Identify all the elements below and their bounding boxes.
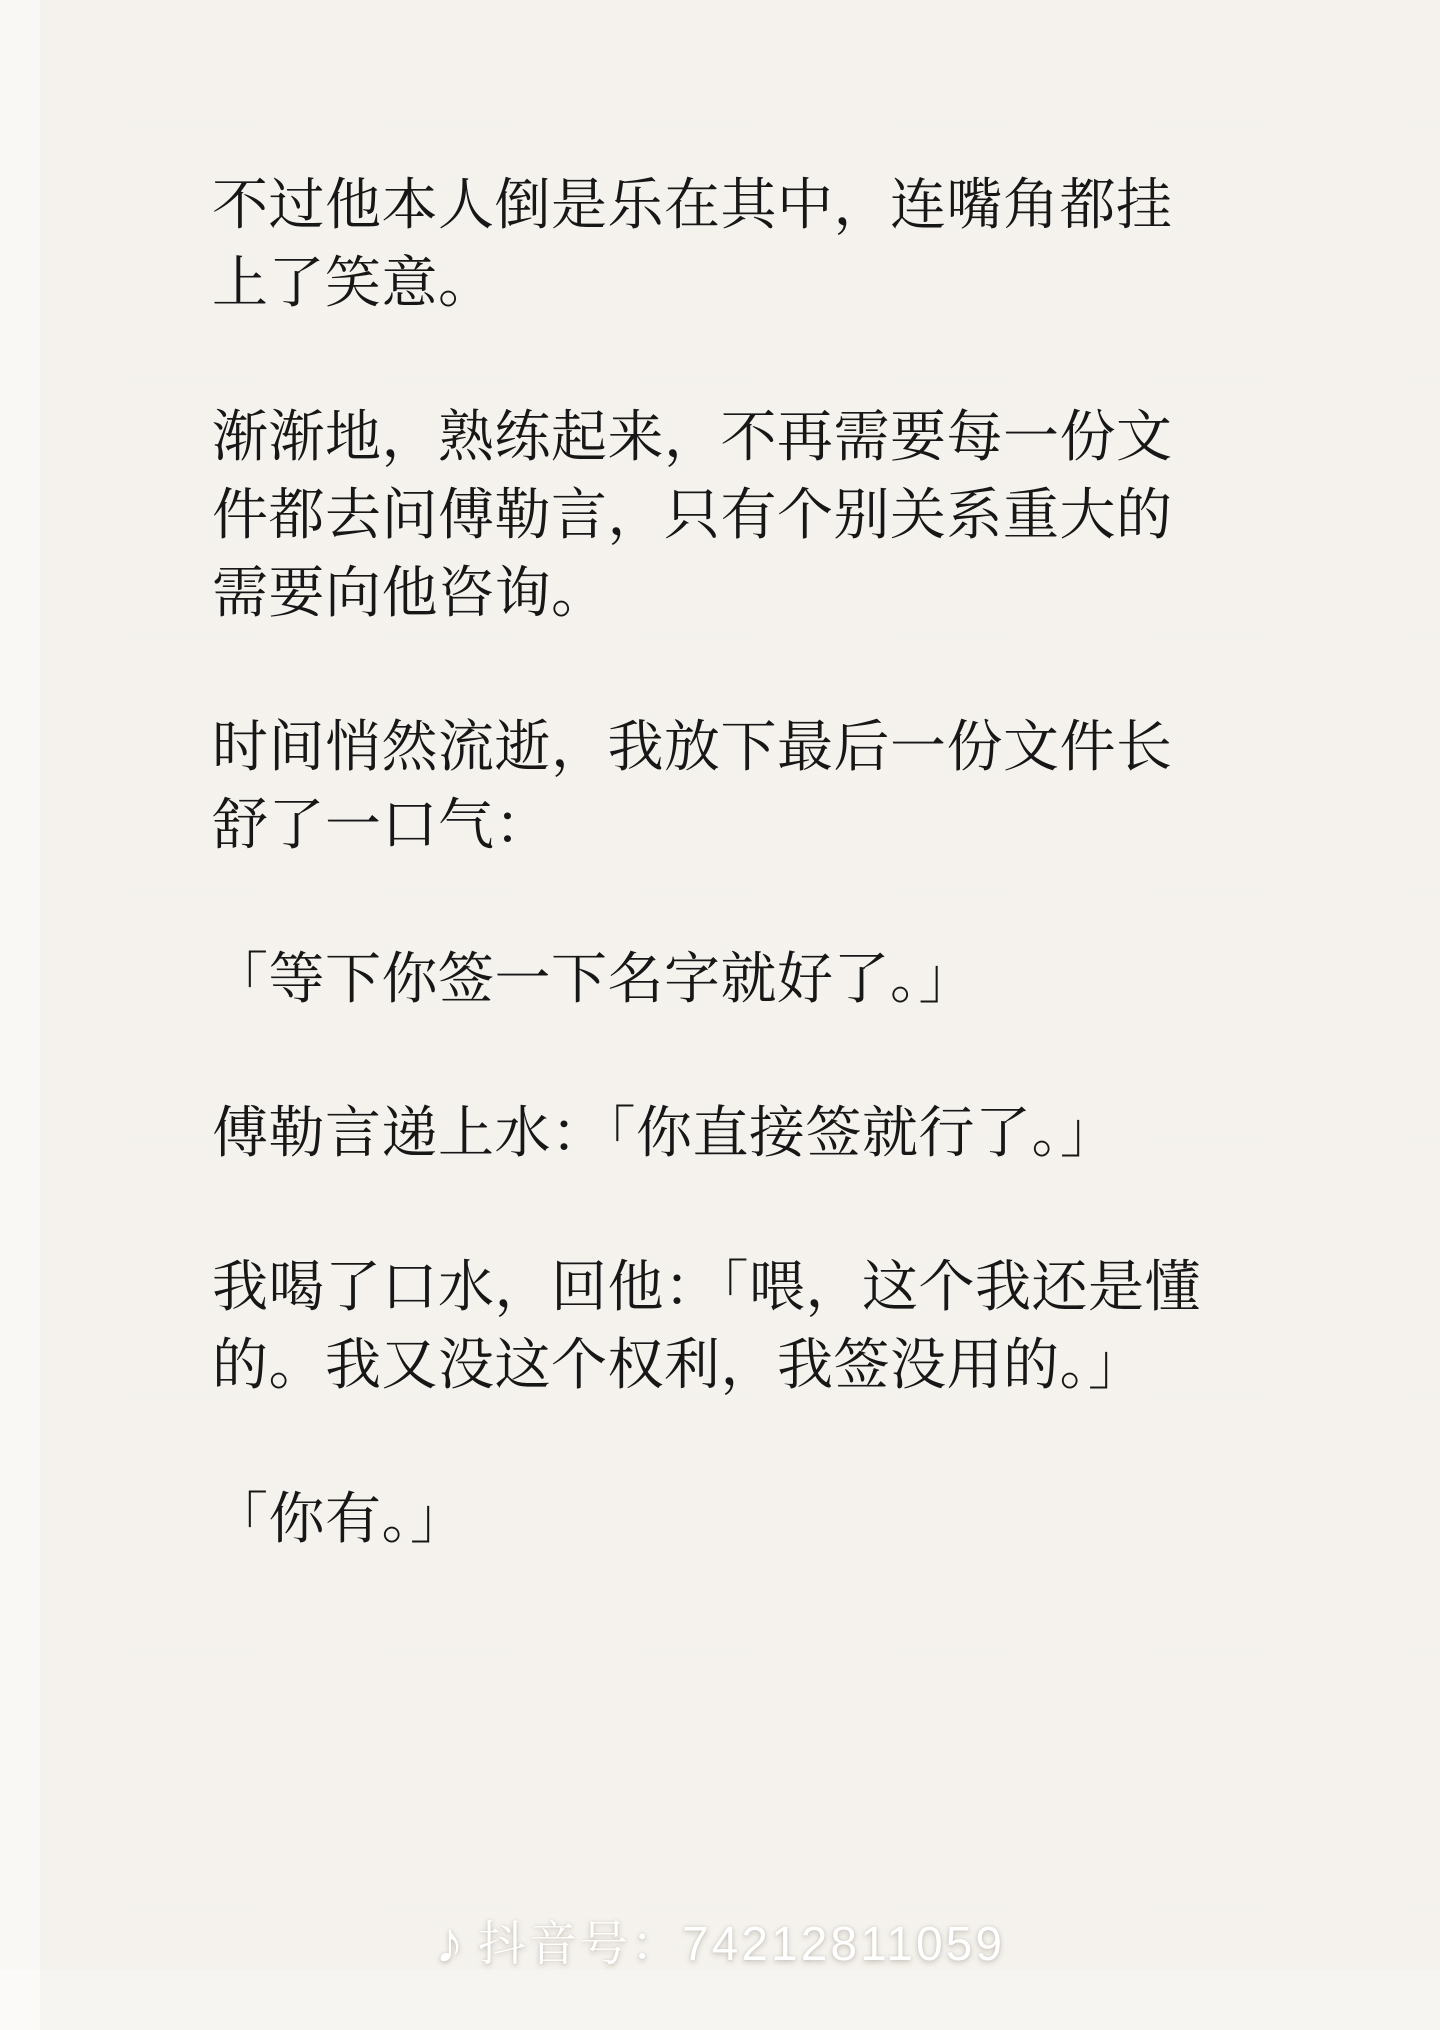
story-paragraph: 我喝了口水，回他：「喂，这个我还是懂的。我又没这个权利，我签没用的。」 (212, 1248, 1224, 1404)
story-paragraph: 「等下你签一下名字就好了。」 (212, 940, 1224, 1018)
story-page: 不过他本人倒是乐在其中，连嘴角都挂上了笑意。 渐渐地，熟练起来，不再需要每一份文… (0, 0, 1440, 2030)
story-paragraph: 傅勒言递上水：「你直接签就行了。」 (212, 1094, 1224, 1172)
story-paragraph: 时间悄然流逝，我放下最后一份文件长舒了一口气： (212, 708, 1224, 864)
story-paragraph: 渐渐地，熟练起来，不再需要每一份文件都去问傅勒言，只有个别关系重大的需要向他咨询… (212, 398, 1224, 632)
story-paragraph: 不过他本人倒是乐在其中，连嘴角都挂上了笑意。 (212, 166, 1224, 322)
story-paragraph: 「你有。」 (212, 1480, 1224, 1558)
